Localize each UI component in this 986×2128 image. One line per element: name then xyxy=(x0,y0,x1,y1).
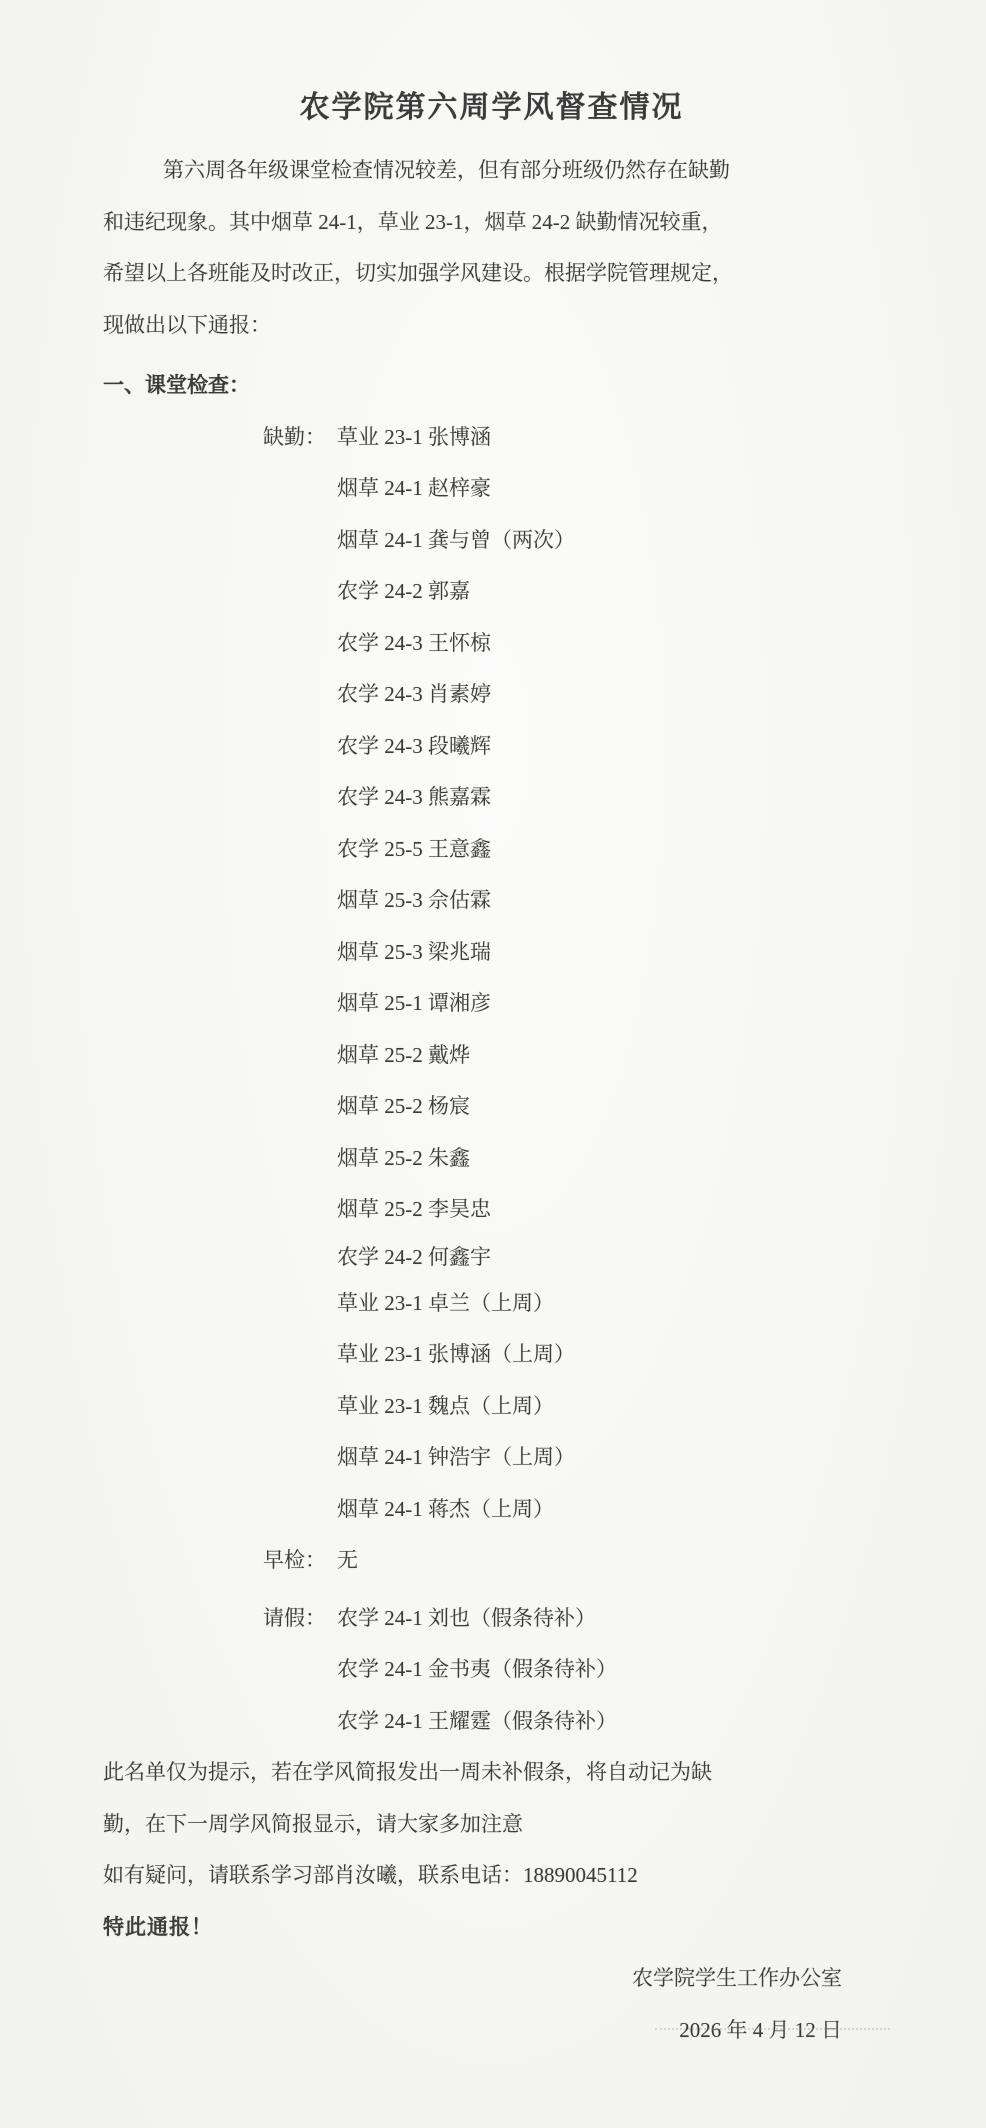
absent-list-item: 烟草 25-2 杨宸 xyxy=(337,1081,880,1133)
intro-line: 第六周各年级课堂检查情况较差，但有部分班级仍然存在缺勤 xyxy=(103,145,880,197)
absent-list: 草业 23-1 张博涵 烟草 24-1 赵梓豪 烟草 24-1 龚与曾（两次） … xyxy=(337,412,880,1536)
absent-list-item: 农学 24-3 段曦辉 xyxy=(337,721,880,773)
absent-list-item: 烟草 24-1 赵梓豪 xyxy=(337,463,880,515)
absent-list-item: 农学 24-3 熊嘉霖 xyxy=(337,772,880,824)
absent-block: 缺勤： 草业 23-1 张博涵 烟草 24-1 赵梓豪 烟草 24-1 龚与曾（… xyxy=(103,412,880,1536)
absent-list-item: 草业 23-1 张博涵（上周） xyxy=(337,1329,880,1381)
absent-list-item: 农学 24-3 肖素婷 xyxy=(337,669,880,721)
absent-list-item: 烟草 25-2 李昊忠 xyxy=(337,1184,880,1236)
intro-line: 现做出以下通报： xyxy=(103,300,880,352)
morning-check-label: 早检： xyxy=(263,1535,337,1587)
leave-label: 请假： xyxy=(263,1593,337,1645)
absent-list-item: 烟草 25-3 佘估霖 xyxy=(337,875,880,927)
absent-list-item: 草业 23-1 卓兰（上周） xyxy=(337,1278,880,1330)
absent-list-item: 农学 24-2 何鑫宇 xyxy=(337,1236,880,1278)
absent-list-item: 烟草 24-1 龚与曾（两次） xyxy=(337,515,880,567)
note-line: 此名单仅为提示，若在学风简报发出一周未补假条，将自动记为缺 xyxy=(103,1747,880,1799)
document-page: 农学院第六周学风督查情况 第六周各年级课堂检查情况较差，但有部分班级仍然存在缺勤… xyxy=(0,0,986,2128)
absent-list-item: 农学 24-3 王怀椋 xyxy=(337,618,880,670)
morning-check-block: 早检： 无 xyxy=(103,1535,880,1587)
intro-paragraph: 第六周各年级课堂检查情况较差，但有部分班级仍然存在缺勤 和违纪现象。其中烟草 2… xyxy=(103,145,880,351)
absent-list-item: 烟草 24-1 蒋杰（上周） xyxy=(337,1484,880,1536)
absent-list-item: 草业 23-1 魏点（上周） xyxy=(337,1381,880,1433)
absent-label: 缺勤： xyxy=(263,412,337,464)
absent-list-item: 草业 23-1 张博涵 xyxy=(337,412,880,464)
leave-list-item: 农学 24-1 金书夷（假条待补） xyxy=(337,1644,880,1696)
section-heading-classroom-check: 一、课堂检查： xyxy=(103,360,880,412)
scan-artifact xyxy=(655,2028,890,2033)
absent-list-item: 农学 24-2 郭嘉 xyxy=(337,566,880,618)
closing-statement: 特此通报！ xyxy=(103,1902,880,1954)
leave-block: 请假： 农学 24-1 刘也（假条待补） 农学 24-1 金书夷（假条待补） 农… xyxy=(103,1593,880,1748)
note-paragraph: 此名单仅为提示，若在学风简报发出一周未补假条，将自动记为缺 勤，在下一周学风简报… xyxy=(103,1747,880,1850)
signature: 农学院学生工作办公室 xyxy=(103,1953,842,2005)
document-title: 农学院第六周学风督查情况 xyxy=(103,84,880,132)
absent-list-item: 烟草 25-2 戴烨 xyxy=(337,1030,880,1082)
intro-line: 希望以上各班能及时改正，切实加强学风建设。根据学院管理规定， xyxy=(103,248,880,300)
leave-list-item: 农学 24-1 刘也（假条待补） xyxy=(337,1593,880,1645)
leave-list: 农学 24-1 刘也（假条待补） 农学 24-1 金书夷（假条待补） 农学 24… xyxy=(337,1593,880,1748)
document-content: 农学院第六周学风督查情况 第六周各年级课堂检查情况较差，但有部分班级仍然存在缺勤… xyxy=(0,0,986,2128)
absent-list-item: 烟草 25-3 梁兆瑞 xyxy=(337,927,880,979)
absent-list-item: 烟草 25-2 朱鑫 xyxy=(337,1133,880,1185)
intro-line: 和违纪现象。其中烟草 24-1，草业 23-1，烟草 24-2 缺勤情况较重， xyxy=(103,197,880,249)
signature-block: 农学院学生工作办公室 2026 年 4 月 12 日 xyxy=(103,1953,880,2056)
contact-line: 如有疑问，请联系学习部肖汝曦，联系电话：18890045112 xyxy=(103,1850,880,1902)
leave-list-item: 农学 24-1 王耀霆（假条待补） xyxy=(337,1696,880,1748)
absent-list-item: 农学 25-5 王意鑫 xyxy=(337,824,880,876)
note-line: 勤，在下一周学风简报显示，请大家多加注意 xyxy=(103,1799,880,1851)
absent-list-item: 烟草 25-1 谭湘彦 xyxy=(337,978,880,1030)
morning-check-value: 无 xyxy=(337,1535,880,1587)
absent-list-item: 烟草 24-1 钟浩宇（上周） xyxy=(337,1432,880,1484)
